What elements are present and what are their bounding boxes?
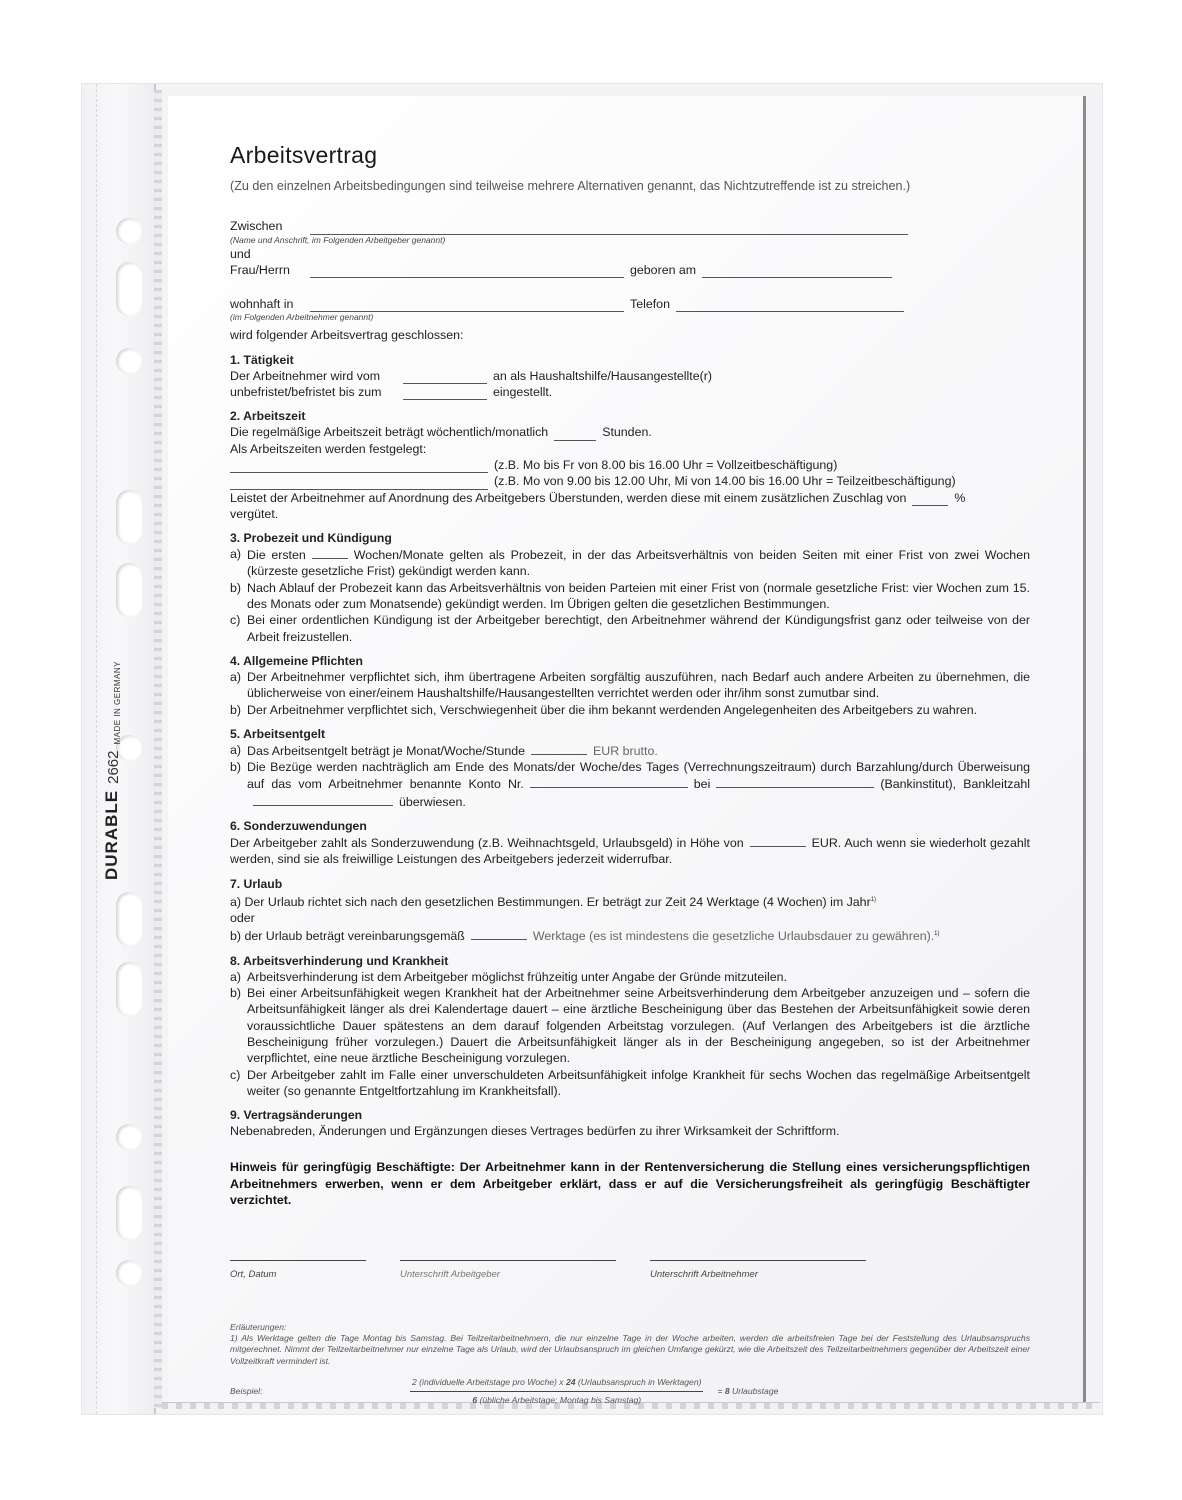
contract-document: Arbeitsvertrag (Zu den einzelnen Arbeits…: [230, 140, 1030, 1406]
text: vergütet.: [230, 506, 1030, 522]
punch-hole-slot: [116, 262, 142, 316]
bonus-field[interactable]: [750, 834, 806, 847]
end-date-field[interactable]: [403, 387, 487, 400]
punch-hole-slot: [116, 962, 142, 1016]
text: Arbeitsverhinderung ist dem Arbeitgeber …: [247, 969, 1030, 985]
text: 2 (individuelle Arbeitstage pro Woche) x: [412, 1377, 566, 1387]
schedule-row-2: (z.B. Mo von 9.00 bis 12.00 Uhr, Mi von …: [230, 473, 1030, 489]
origin-label: MADE IN GERMANY: [113, 661, 122, 745]
overtime-field[interactable]: [912, 493, 948, 506]
fraction-denominator: 6 (übliche Arbeitstage; Montag bis Samst…: [410, 1392, 703, 1406]
item-label: b): [230, 985, 247, 1066]
text: Urlaubstage: [730, 1386, 779, 1396]
text: Werktage (es ist mindestens die gesetzli…: [533, 929, 934, 943]
text: Der Arbeitnehmer verpflichtet sich, ihm …: [247, 669, 1030, 702]
section-vertragsaenderungen: 9. Vertragsänderungen Nebenabreden, Ände…: [230, 1107, 1030, 1139]
hours-field[interactable]: [554, 428, 596, 441]
section-heading: 2. Arbeitszeit: [230, 408, 1030, 424]
footnote-mark: 1): [871, 897, 876, 903]
employer-row: Zwischen: [230, 218, 1030, 234]
punch-hole: [116, 348, 142, 374]
footnote-mark: 1): [934, 931, 939, 937]
section-sonderzuwendungen: 6. Sonderzuwendungen Der Arbeitgeber zah…: [230, 818, 1030, 868]
section-heading: 5. Arbeitsentgelt: [230, 726, 1030, 742]
text: Der Arbeitgeber zahlt im Falle einer unv…: [247, 1067, 1030, 1100]
list-item: a) Arbeitsverhinderung ist dem Arbeitgeb…: [230, 969, 1030, 985]
item-label: b): [230, 702, 247, 718]
punch-hole-slot: [116, 1186, 142, 1240]
employee-signature[interactable]: Unterschrift Arbeitnehmer: [650, 1260, 866, 1283]
overtime-row: Leistet der Arbeitnehmer auf Anordnung d…: [230, 490, 1030, 506]
punch-hole-slot: [116, 892, 142, 946]
paragraph: Der Arbeitgeber zahlt als Sonderzuwendun…: [230, 834, 1030, 868]
text: %: [954, 490, 965, 506]
text: bei: [694, 777, 711, 791]
salary-field[interactable]: [531, 742, 587, 755]
text: unbefristet/befristet bis zum: [230, 384, 397, 400]
item-label: c): [230, 612, 247, 645]
birthdate-field[interactable]: [702, 265, 892, 278]
text: Nebenabreden, Änderungen und Ergänzungen…: [230, 1123, 1030, 1139]
list-item: a) Die erstenWochen/Monate gelten als Pr…: [230, 546, 1030, 580]
phone-field[interactable]: [676, 299, 904, 312]
place-date-signature[interactable]: Ort, Datum: [230, 1260, 366, 1283]
text: Die regelmäßige Arbeitszeit beträgt wöch…: [230, 424, 548, 440]
account-number-field[interactable]: [530, 775, 688, 788]
text: Wochen/Monate gelten als Probezeit, in d…: [247, 548, 1030, 578]
sleeve-brand-label: DURABLE 2662 MADE IN GERMANY: [102, 661, 122, 880]
brand-name: DURABLE: [102, 790, 122, 880]
start-date-row: Der Arbeitnehmer wird vom an als Haushal…: [230, 368, 1030, 384]
geboren-label: geboren am: [630, 262, 696, 278]
section-probezeit: 3. Probezeit und Kündigung a) Die ersten…: [230, 530, 1030, 645]
text: an als Haushaltshilfe/Hausangestellte(r): [493, 368, 712, 384]
vacation-days-field[interactable]: [471, 927, 527, 940]
item-label: a): [230, 669, 247, 702]
signature-caption: Ort, Datum: [230, 1267, 366, 1283]
footnote-1: 1) Als Werktage gelten die Tage Montag b…: [230, 1333, 1030, 1367]
address-row: wohnhaft in Telefon: [230, 296, 1030, 312]
document-intro: (Zu den einzelnen Arbeitsbedingungen sin…: [230, 178, 1030, 194]
address-field[interactable]: [310, 299, 624, 312]
parties-closing: wird folgender Arbeitsvertrag geschlosse…: [230, 327, 1030, 343]
weld-seam-left: [154, 90, 162, 1408]
hours-row: Die regelmäßige Arbeitszeit beträgt wöch…: [230, 424, 1030, 440]
list-item: b) Bei einer Arbeitsunfähigkeit wegen Kr…: [230, 985, 1030, 1066]
section-urlaub: 7. Urlaub a) Der Urlaub richtet sich nac…: [230, 876, 1030, 945]
signature-block: Ort, Datum Unterschrift Arbeitgeber Unte…: [230, 1260, 1030, 1283]
schedule-field-2[interactable]: [230, 477, 488, 490]
schedule-row-1: (z.B. Mo bis Fr von 8.00 bis 16.00 Uhr =…: [230, 457, 1030, 473]
text: =: [717, 1386, 724, 1396]
footnotes: Erläuterungen: 1) Als Werktage gelten di…: [230, 1322, 1030, 1407]
text: Bankleitzahl: [963, 777, 1030, 791]
start-date-field[interactable]: [403, 371, 487, 384]
text: oder: [230, 910, 1030, 926]
example-label: Beispiel:: [230, 1386, 410, 1397]
section-heading: 8. Arbeitsverhinderung und Krankheit: [230, 953, 1030, 969]
document-title: Arbeitsvertrag: [230, 140, 1030, 170]
signature-caption: Unterschrift Arbeitgeber: [400, 1267, 616, 1283]
item-label: a): [230, 742, 247, 759]
text: (Urlaubsanspruch in Werktagen): [576, 1377, 702, 1387]
text: EUR brutto.: [593, 744, 658, 758]
list-item: b) Der Arbeitnehmer verpflichtet sich, V…: [230, 702, 1030, 718]
section-arbeitsentgelt: 5. Arbeitsentgelt a) Das Arbeitsentgelt …: [230, 726, 1030, 810]
section-heading: 4. Allgemeine Pflichten: [230, 653, 1030, 669]
list-item: c) Der Arbeitgeber zahlt im Falle einer …: [230, 1067, 1030, 1100]
text: Bei einer Arbeitsunfähigkeit wegen Krank…: [247, 985, 1030, 1066]
schedule-example: (z.B. Mo bis Fr von 8.00 bis 16.00 Uhr =…: [494, 457, 837, 473]
text: eingestellt.: [493, 384, 552, 400]
text: Der Arbeitnehmer verpflichtet sich, Vers…: [247, 702, 1030, 718]
section-krankheit: 8. Arbeitsverhinderung und Krankheit a) …: [230, 953, 1030, 1099]
section-heading: 1. Tätigkeit: [230, 352, 1030, 368]
footnotes-heading: Erläuterungen:: [230, 1322, 1030, 1333]
employee-name-field[interactable]: [310, 265, 624, 278]
signature-line: [230, 1260, 366, 1267]
text: a) Der Urlaub richtet sich nach den gese…: [230, 895, 871, 909]
frau-herrn-label: Frau/Herrn: [230, 262, 304, 278]
fraction-numerator: 2 (individuelle Arbeitstage pro Woche) x…: [410, 1377, 703, 1392]
und-label: und: [230, 246, 1030, 262]
punch-hole-slot: [116, 563, 142, 617]
section-arbeitszeit: 2. Arbeitszeit Die regelmäßige Arbeitsze…: [230, 408, 1030, 522]
section-heading: 6. Sonderzuwendungen: [230, 818, 1030, 834]
employer-field[interactable]: [310, 222, 908, 235]
signature-line: [400, 1260, 616, 1267]
list-item: b) Die Bezüge werden nachträglich am End…: [230, 759, 1030, 810]
list-item: b) Nach Ablauf der Probezeit kann das Ar…: [230, 580, 1030, 613]
example-fraction: 2 (individuelle Arbeitstage pro Woche) x…: [410, 1377, 703, 1407]
end-date-row: unbefristet/befristet bis zum eingestell…: [230, 384, 1030, 400]
text: Bei einer ordentlichen Kündigung ist der…: [247, 612, 1030, 645]
text: Der Arbeitgeber zahlt als Sonderzuwendun…: [230, 836, 744, 850]
punch-hole: [116, 1124, 142, 1150]
list-item: a) Das Arbeitsentgelt beträgt je Monat/W…: [230, 742, 1030, 759]
text: überwiesen.: [399, 795, 466, 809]
text: Leistet der Arbeitnehmer auf Anordnung d…: [230, 490, 906, 506]
signature-caption: Unterschrift Arbeitnehmer: [650, 1267, 866, 1283]
example-result: = 8 Urlaubstage: [717, 1386, 778, 1397]
zwischen-label: Zwischen: [230, 218, 304, 234]
telefon-label: Telefon: [630, 296, 670, 312]
item-label: a): [230, 546, 247, 580]
employer-signature[interactable]: Unterschrift Arbeitgeber: [400, 1260, 616, 1283]
strip-seam: [96, 84, 97, 1414]
parties-block: Zwischen (Name und Anschrift, im Folgend…: [230, 218, 1030, 343]
bank-code-field[interactable]: [253, 793, 393, 806]
list-item: a) Der Arbeitnehmer verpflichtet sich, i…: [230, 669, 1030, 702]
bank-name-field[interactable]: [716, 775, 874, 788]
text: Die ersten: [247, 548, 306, 562]
employer-note: (Name und Anschrift, im Folgenden Arbeit…: [230, 235, 1030, 246]
employee-note: (im Folgenden Arbeitnehmer genannt): [230, 312, 1030, 323]
text: Nach Ablauf der Probezeit kann das Arbei…: [247, 580, 1030, 613]
text: Der Arbeitnehmer wird vom: [230, 368, 397, 384]
probation-field[interactable]: [312, 546, 348, 559]
paragraph: a) Der Urlaub richtet sich nach den gese…: [230, 892, 1030, 910]
text: Als Arbeitszeiten werden festgelegt:: [230, 441, 1030, 457]
employee-row: Frau/Herrn geboren am: [230, 262, 1030, 278]
section-heading: 3. Probezeit und Kündigung: [230, 530, 1030, 546]
schedule-field-1[interactable]: [230, 460, 488, 473]
section-pflichten: 4. Allgemeine Pflichten a) Der Arbeitneh…: [230, 653, 1030, 718]
text: (Bankinstitut),: [880, 777, 956, 791]
text: 24: [566, 1377, 576, 1387]
paragraph: b) der Urlaub beträgt vereinbarungsgemäß…: [230, 926, 1030, 944]
punch-hole-slot: [116, 490, 142, 544]
item-label: b): [230, 759, 247, 810]
text: Das Arbeitsentgelt beträgt je Monat/Woch…: [247, 744, 525, 758]
section-heading: 7. Urlaub: [230, 876, 1030, 892]
signature-line: [650, 1260, 866, 1267]
punch-hole: [116, 1260, 142, 1286]
section-heading: 9. Vertragsänderungen: [230, 1107, 1030, 1123]
text: Stunden.: [602, 424, 652, 440]
vacation-example: Beispiel: 2 (individuelle Arbeitstage pr…: [230, 1377, 1030, 1407]
punch-hole: [116, 218, 142, 244]
schedule-example: (z.B. Mo von 9.00 bis 12.00 Uhr, Mi von …: [494, 473, 956, 489]
item-label: c): [230, 1067, 247, 1100]
list-item: c) Bei einer ordentlichen Kündigung ist …: [230, 612, 1030, 645]
wohnhaft-label: wohnhaft in: [230, 296, 304, 312]
text: (übliche Arbeitstage; Montag bis Samstag…: [477, 1395, 641, 1405]
model-number: 2662: [105, 751, 122, 784]
text: b) der Urlaub beträgt vereinbarungsgemäß: [230, 929, 465, 943]
minor-employment-notice: Hinweis für geringfügig Beschäftigte: De…: [230, 1159, 1030, 1208]
section-taetigkeit: 1. Tätigkeit Der Arbeitnehmer wird vom a…: [230, 352, 1030, 401]
item-label: b): [230, 580, 247, 613]
item-label: a): [230, 969, 247, 985]
